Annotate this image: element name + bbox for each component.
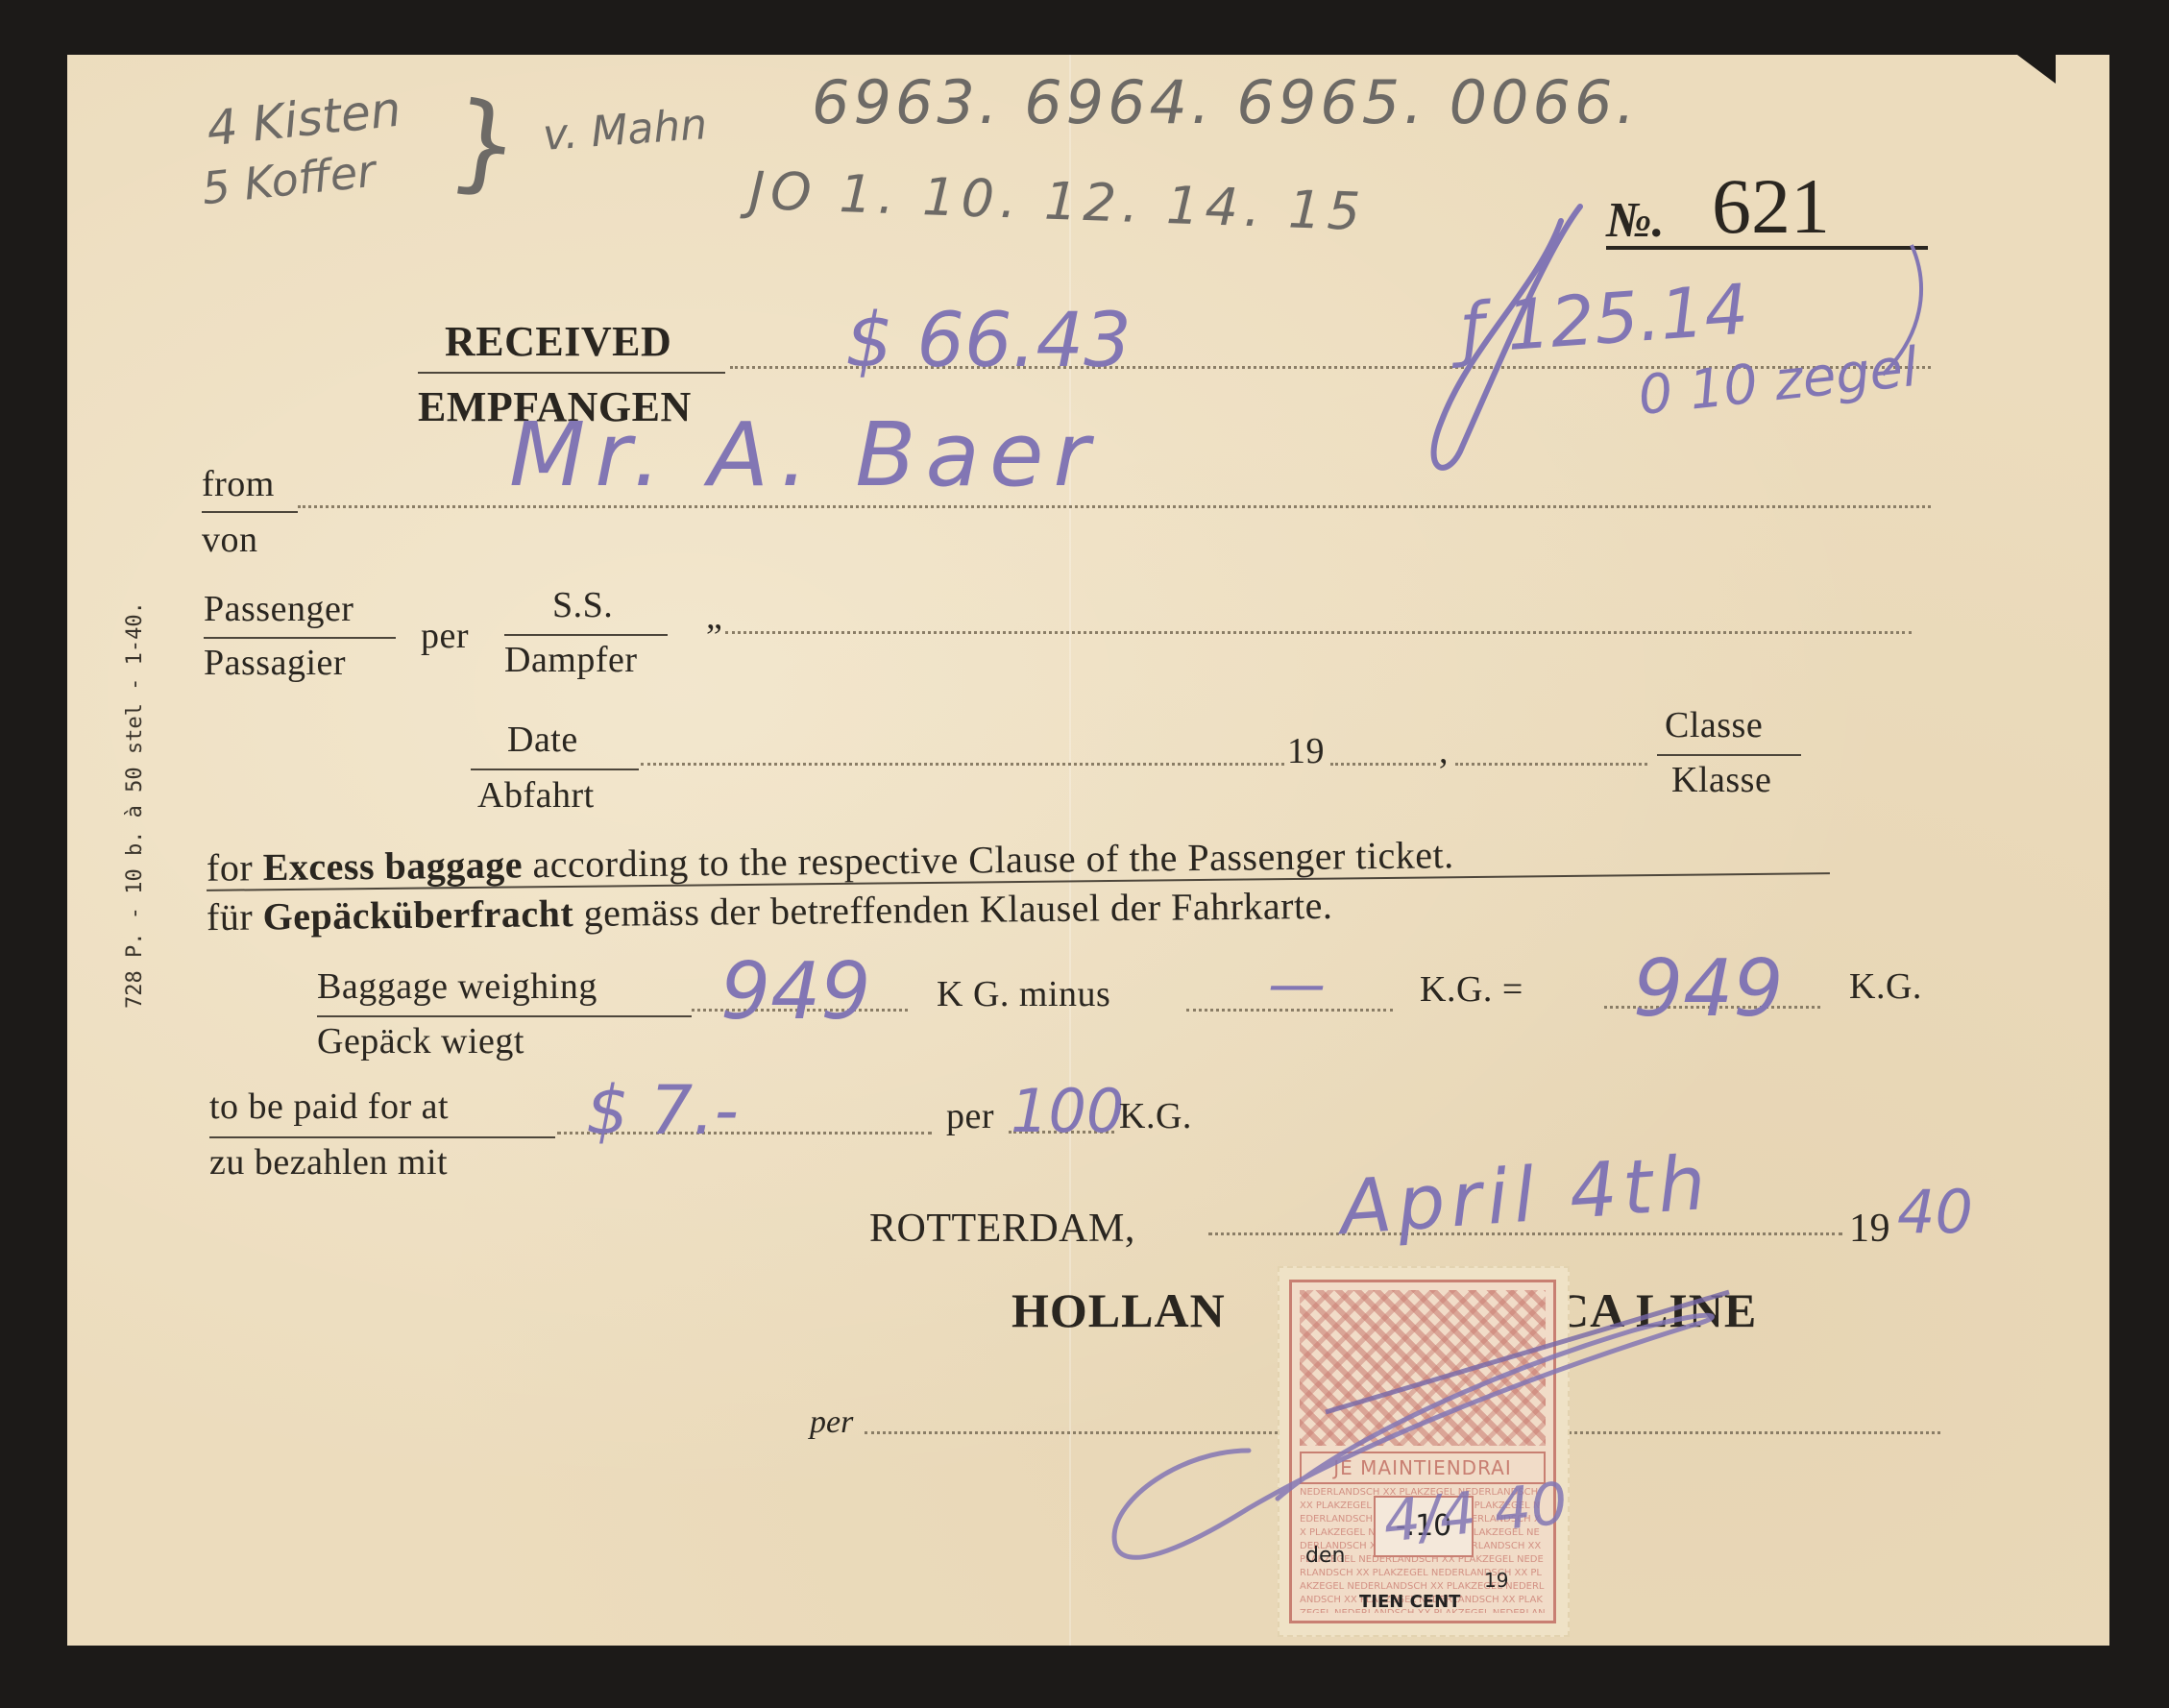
ink-strokes	[0, 0, 2169, 1708]
signature-underline-stroke	[1326, 1292, 1729, 1412]
signature-stroke	[1114, 1315, 1712, 1557]
florin-paren-stroke	[1883, 245, 1921, 375]
florin-sign-stroke	[1434, 207, 1580, 468]
